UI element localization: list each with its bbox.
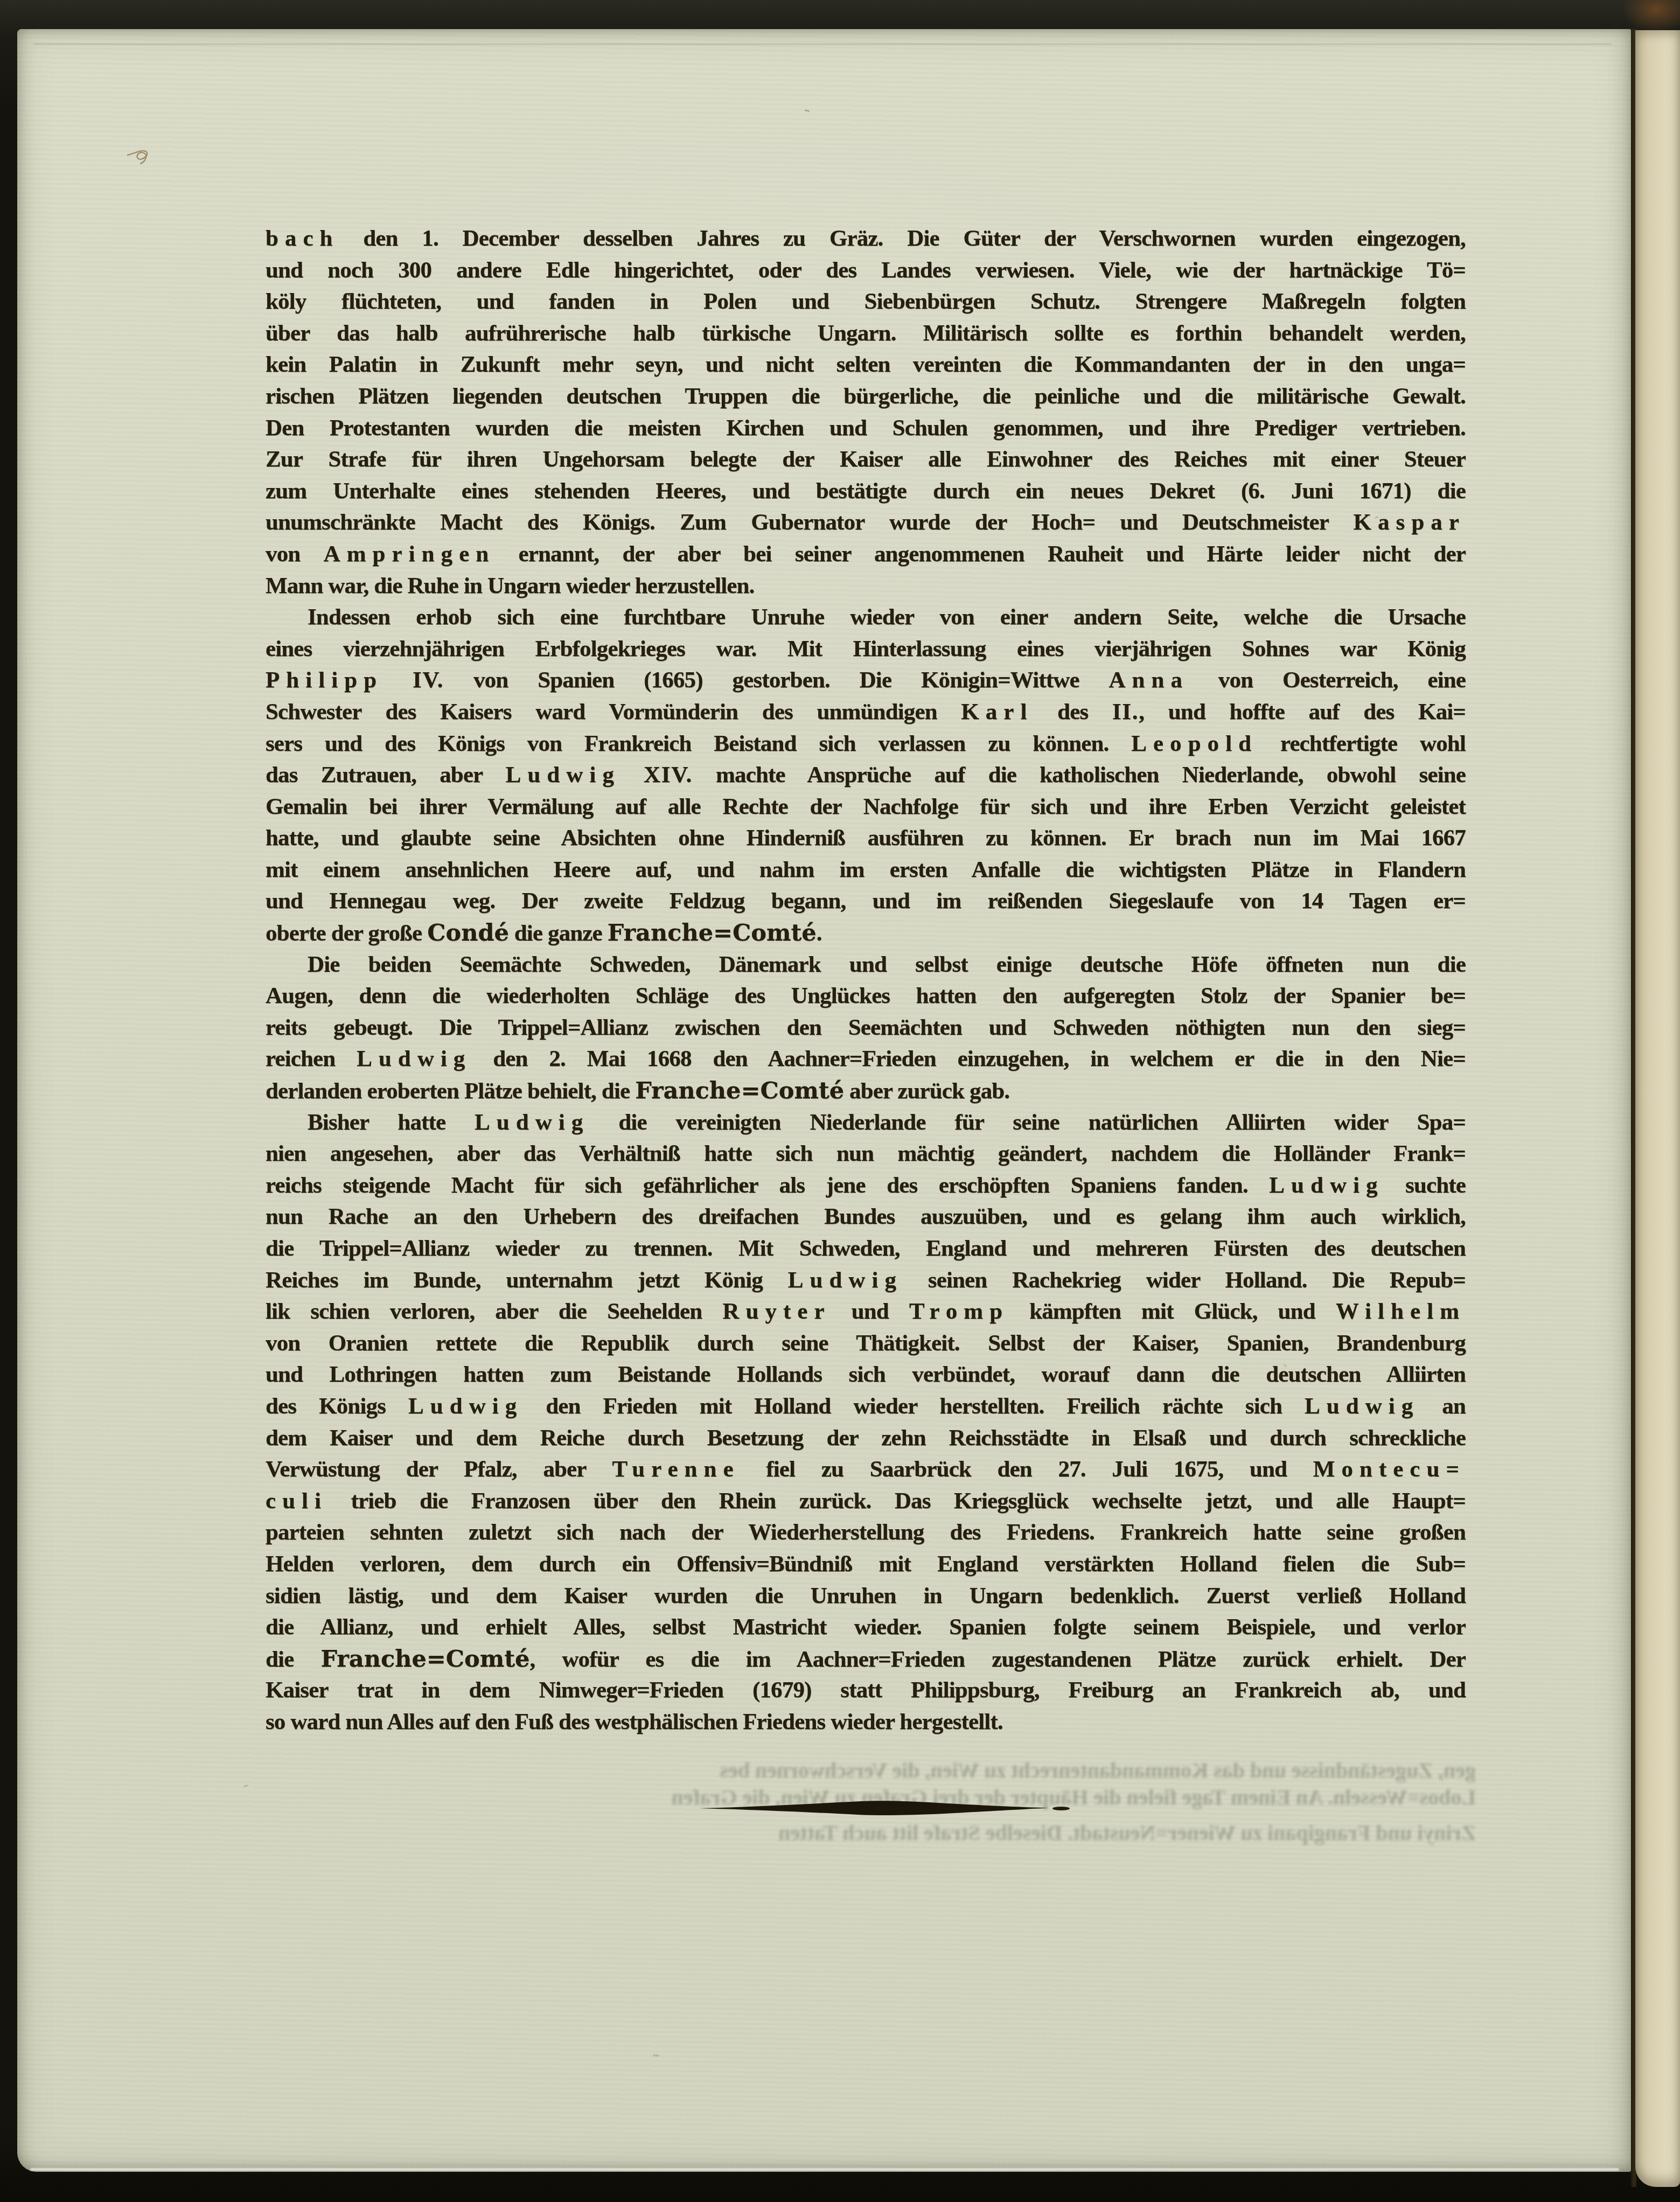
text-line: sidien lästig, und dem Kaiser wurden die…	[266, 1580, 1466, 1612]
text-segment: Ludwig	[475, 1110, 589, 1135]
text-segment: die Allianz, und erhielt Alles, selbst M…	[266, 1614, 1466, 1640]
text-segment: Helden verloren, dem durch ein Offensiv=…	[266, 1551, 1466, 1577]
text-segment: an	[1419, 1393, 1466, 1419]
text-segment: reichen	[266, 1046, 357, 1071]
text-segment: Philipp	[266, 667, 383, 693]
text-line: derlanden eroberten Plätze behielt, die …	[266, 1075, 1466, 1107]
text-segment: , und hoffte auf des Kai=	[1139, 699, 1466, 724]
text-segment: die Trippel=Allianz wieder zu trennen. M…	[266, 1236, 1466, 1261]
text-segment: Verwüstung der Pfalz, aber	[266, 1457, 612, 1482]
text-line: Philipp IV. von Spanien (1665) gestorben…	[266, 665, 1466, 696]
paper-speck	[653, 2054, 659, 2057]
text-line: zum Unterhalte eines stehenden Heeres, u…	[266, 476, 1466, 507]
text-segment: Leopold	[1131, 731, 1258, 756]
text-segment: derlanden eroberten Plätze behielt, die	[266, 1078, 635, 1104]
paper-fiber-squiggle	[125, 143, 157, 170]
text-segment: Franche=Comté	[320, 1646, 529, 1673]
text-segment: über das halb aufrührerische halb türkis…	[266, 320, 1466, 346]
text-line: mit einem ansehnlichen Heere auf, und na…	[266, 854, 1466, 886]
text-segment: von	[266, 541, 324, 567]
text-segment: dem Kaiser und dem Reiche durch Besetzun…	[266, 1425, 1466, 1451]
text-segment: eines vierzehnjährigen Erbfolgekrieges w…	[266, 636, 1466, 661]
text-line: Schwester des Kaisers ward Vormünderin d…	[266, 696, 1466, 728]
top-crease-line	[33, 44, 1612, 45]
text-segment: oberte der große	[266, 921, 427, 946]
text-segment: Ludwig	[408, 1393, 523, 1419]
text-segment: Augen, denn die wiederholten Schläge des…	[266, 983, 1466, 1008]
text-segment: von Oesterreich, eine	[1189, 667, 1466, 693]
text-segment: lik schien verloren, aber die Seehelden	[266, 1299, 722, 1324]
text-line: das Zutrauen, aber Ludwig XIV. machte An…	[266, 759, 1466, 791]
text-line: Indessen erhob sich eine furchtbare Unru…	[266, 602, 1466, 633]
text-segment: Kaiser trat in dem Nimweger=Frieden (167…	[266, 1677, 1466, 1703]
text-line: die Allianz, und erhielt Alles, selbst M…	[266, 1612, 1466, 1643]
text-line: die Trippel=Allianz wieder zu trennen. M…	[266, 1233, 1466, 1265]
text-segment: von Oranien rettete die Republik durch s…	[266, 1330, 1466, 1356]
text-segment: aber zurück gab.	[844, 1078, 1009, 1104]
text-line: Den Protestanten wurden die meisten Kirc…	[266, 413, 1466, 444]
text-segment: zum Unterhalte eines stehenden Heeres, u…	[266, 478, 1466, 504]
text-segment: den Frieden mit Holland wieder herstellt…	[523, 1393, 1305, 1419]
text-line: parteien sehnten zuletzt sich nach der W…	[266, 1517, 1466, 1549]
text-segment: , wofür es die im Aachner=Frieden zugest…	[529, 1647, 1466, 1672]
text-segment: Mann war, die Ruhe in Ungarn wieder herz…	[266, 573, 754, 598]
text-segment: so ward nun Alles auf den Fuß des westph…	[266, 1709, 1003, 1734]
text-segment: nien angesehen, aber das Verhältniß hatt…	[266, 1141, 1466, 1166]
text-segment: trieb die Franzosen über den Rhein zurüc…	[327, 1488, 1466, 1514]
text-segment: den 2. Mai 1668 den Aachner=Frieden einz…	[471, 1046, 1466, 1071]
text-segment: Montecu=	[1313, 1457, 1466, 1482]
text-line: Die beiden Seemächte Schweden, Dänemark …	[266, 949, 1466, 981]
text-segment: fiel zu Saarbrück den 27. Juli 1675, und	[740, 1457, 1313, 1482]
text-segment: seinen Rachekrieg wider Holland. Die Rep…	[903, 1267, 1466, 1293]
text-segment: machte Ansprüche auf die katholischen Ni…	[693, 762, 1466, 788]
text-segment: Karl	[961, 699, 1033, 724]
text-segment: das Zutrauen, aber	[266, 762, 506, 788]
text-line: und Hennegau weg. Der zweite Feldzug beg…	[266, 886, 1466, 917]
text-segment: und Lothringen hatten zum Beistande Holl…	[266, 1362, 1466, 1387]
text-segment: Schwester des Kaisers ward Vormünderin d…	[266, 699, 961, 724]
text-line: reits gebeugt. Die Trippel=Allianz zwisc…	[266, 1012, 1466, 1044]
text-line: Gemalin bei ihrer Vermälung auf alle Rec…	[266, 791, 1466, 823]
text-line: nien angesehen, aber das Verhältniß hatt…	[266, 1138, 1466, 1170]
text-segment: ernannt, der aber bei seiner angenommene…	[495, 541, 1466, 567]
text-line: köly flüchteten, und fanden in Polen und…	[266, 286, 1466, 318]
text-segment: des	[1033, 699, 1112, 724]
text-segment: rischen Plätzen liegenden deutschen Trup…	[266, 384, 1466, 409]
text-segment: unumschränkte Macht des Königs. Zum Gube…	[266, 510, 1354, 535]
text-segment: Anna	[1109, 667, 1189, 693]
text-segment: Den Protestanten wurden die meisten Kirc…	[266, 415, 1466, 441]
text-line: dem Kaiser und dem Reiche durch Besetzun…	[266, 1423, 1466, 1454]
text-segment: Franche=Comté	[608, 919, 817, 946]
text-segment: Wilhelm	[1336, 1299, 1466, 1324]
text-segment: kämpften mit Glück, und	[1009, 1299, 1336, 1324]
text-segment: Zur Strafe für ihren Ungehorsam belegte …	[266, 447, 1466, 472]
text-line: lik schien verloren, aber die Seehelden …	[266, 1296, 1466, 1328]
text-segment: und Hennegau weg. Der zweite Feldzug beg…	[266, 888, 1466, 914]
adjacent-page-edge	[1635, 30, 1680, 2187]
text-segment: sers und des Königs von Frankreich Beist…	[266, 731, 1131, 756]
text-line: unumschränkte Macht des Königs. Zum Gube…	[266, 507, 1466, 539]
text-segment: .	[817, 921, 822, 946]
text-line: culi trieb die Franzosen über den Rhein …	[266, 1486, 1466, 1517]
text-segment: Ruyter	[722, 1299, 831, 1324]
text-segment: Die beiden Seemächte Schweden, Dänemark …	[308, 952, 1466, 977]
text-line: Bisher hatte Ludwig die vereinigten Nied…	[266, 1107, 1466, 1139]
text-line: eines vierzehnjährigen Erbfolgekrieges w…	[266, 633, 1466, 665]
text-line: Verwüstung der Pfalz, aber Turenne fiel …	[266, 1454, 1466, 1486]
text-line: reichs steigende Macht für sich gefährli…	[266, 1170, 1466, 1202]
swelled-rule-divider	[699, 1799, 1076, 1817]
text-line: reichen Ludwig den 2. Mai 1668 den Aachn…	[266, 1043, 1466, 1075]
text-segment: nun Rache an den Urhebern des dreifachen…	[266, 1204, 1466, 1229]
text-segment: culi	[266, 1488, 327, 1514]
text-segment	[383, 667, 413, 693]
text-segment: und noch 300 andere Edle hingerichtet, o…	[266, 257, 1466, 283]
text-segment: mit einem ansehnlichen Heere auf, und na…	[266, 857, 1466, 882]
text-segment: Franche=Comté	[635, 1077, 844, 1104]
text-segment: IV.	[413, 667, 444, 693]
text-segment: Ludwig	[1269, 1173, 1384, 1198]
text-segment: Ludwig	[1305, 1393, 1419, 1419]
text-segment: suchte	[1384, 1173, 1466, 1198]
text-segment: Tromp	[909, 1299, 1009, 1324]
text-line: und Lothringen hatten zum Beistande Holl…	[266, 1359, 1466, 1391]
text-line: sers und des Königs von Frankreich Beist…	[266, 728, 1466, 760]
text-line: über das halb aufrührerische halb türkis…	[266, 318, 1466, 350]
text-block: bach den 1. December desselben Jahres zu…	[266, 223, 1466, 1738]
text-segment: Turenne	[612, 1457, 740, 1482]
text-segment	[621, 762, 644, 788]
text-line: Zur Strafe für ihren Ungehorsam belegte …	[266, 444, 1466, 476]
text-line: und noch 300 andere Edle hingerichtet, o…	[266, 255, 1466, 287]
paragraph: bach den 1. December desselben Jahres zu…	[266, 223, 1466, 602]
text-segment: parteien sehnten zuletzt sich nach der W…	[266, 1520, 1466, 1545]
text-segment: reichs steigende Macht für sich gefährli…	[266, 1173, 1269, 1198]
text-line: Augen, denn die wiederholten Schläge des…	[266, 980, 1466, 1012]
text-segment: und	[831, 1299, 909, 1324]
text-segment: Ludwig	[506, 762, 621, 788]
text-line: hatte, und glaubte seine Absichten ohne …	[266, 823, 1466, 854]
text-segment: köly flüchteten, und fanden in Polen und…	[266, 289, 1466, 314]
text-segment: bach	[266, 226, 339, 251]
text-segment: kein Palatin in Zukunft mehr seyn, und n…	[266, 352, 1466, 377]
text-segment: die	[266, 1647, 320, 1672]
text-segment: Reiches im Bunde, unternahm jetzt König	[266, 1267, 788, 1293]
text-segment: hatte, und glaubte seine Absichten ohne …	[266, 825, 1466, 851]
text-segment: II.	[1112, 699, 1139, 724]
text-segment: sidien lästig, und dem Kaiser wurden die…	[266, 1583, 1466, 1608]
text-line: von Ampringen ernannt, der aber bei sein…	[266, 539, 1466, 570]
text-line: von Oranien rettete die Republik durch s…	[266, 1328, 1466, 1360]
text-line: nun Rache an den Urhebern des dreifachen…	[266, 1201, 1466, 1233]
text-line: die Franche=Comté, wofür es die im Aachn…	[266, 1643, 1466, 1675]
paper-speck	[243, 1785, 248, 1787]
text-segment: Condé	[427, 919, 509, 946]
text-segment: XIV.	[644, 762, 693, 788]
text-line: Kaiser trat in dem Nimweger=Frieden (167…	[266, 1675, 1466, 1706]
text-line: rischen Plätzen liegenden deutschen Trup…	[266, 381, 1466, 413]
text-segment: rechtfertigte wohl	[1258, 731, 1466, 756]
text-line: des Königs Ludwig den Frieden mit Hollan…	[266, 1391, 1466, 1423]
paragraph: Indessen erhob sich eine furchtbare Unru…	[266, 602, 1466, 949]
text-segment: die vereinigten Niederlande für seine na…	[589, 1110, 1466, 1135]
paper-speck	[805, 109, 810, 112]
text-line: bach den 1. December desselben Jahres zu…	[266, 223, 1466, 255]
text-segment: Kaspar	[1354, 510, 1466, 535]
text-segment: Gemalin bei ihrer Vermälung auf alle Rec…	[266, 794, 1466, 819]
text-segment: Ludwig	[357, 1046, 471, 1071]
text-line: Helden verloren, dem durch ein Offensiv=…	[266, 1549, 1466, 1580]
text-segment: Indessen erhob sich eine furchtbare Unru…	[308, 604, 1466, 630]
text-segment: Ampringen	[324, 541, 496, 567]
text-segment: reits gebeugt. Die Trippel=Allianz zwisc…	[266, 1015, 1466, 1040]
text-segment: die ganze	[509, 921, 608, 946]
paragraph: Die beiden Seemächte Schweden, Dänemark …	[266, 949, 1466, 1107]
text-segment: den 1. December desselben Jahres zu Gräz…	[339, 226, 1466, 251]
text-line: oberte der große Condé die ganze Franche…	[266, 917, 1466, 949]
text-line: Reiches im Bunde, unternahm jetzt König …	[266, 1265, 1466, 1297]
text-segment: des Königs	[266, 1393, 408, 1419]
text-segment: Bisher hatte	[308, 1110, 475, 1135]
text-segment: Ludwig	[788, 1267, 903, 1293]
text-line: Mann war, die Ruhe in Ungarn wieder herz…	[266, 570, 1466, 602]
paper-edge-highlight	[30, 2168, 1619, 2171]
text-line: kein Palatin in Zukunft mehr seyn, und n…	[266, 349, 1466, 381]
text-segment: von Spanien (1665) gestorben. Die Königi…	[444, 667, 1109, 693]
text-line: so ward nun Alles auf den Fuß des westph…	[266, 1706, 1466, 1738]
paragraph: Bisher hatte Ludwig die vereinigten Nied…	[266, 1107, 1466, 1738]
